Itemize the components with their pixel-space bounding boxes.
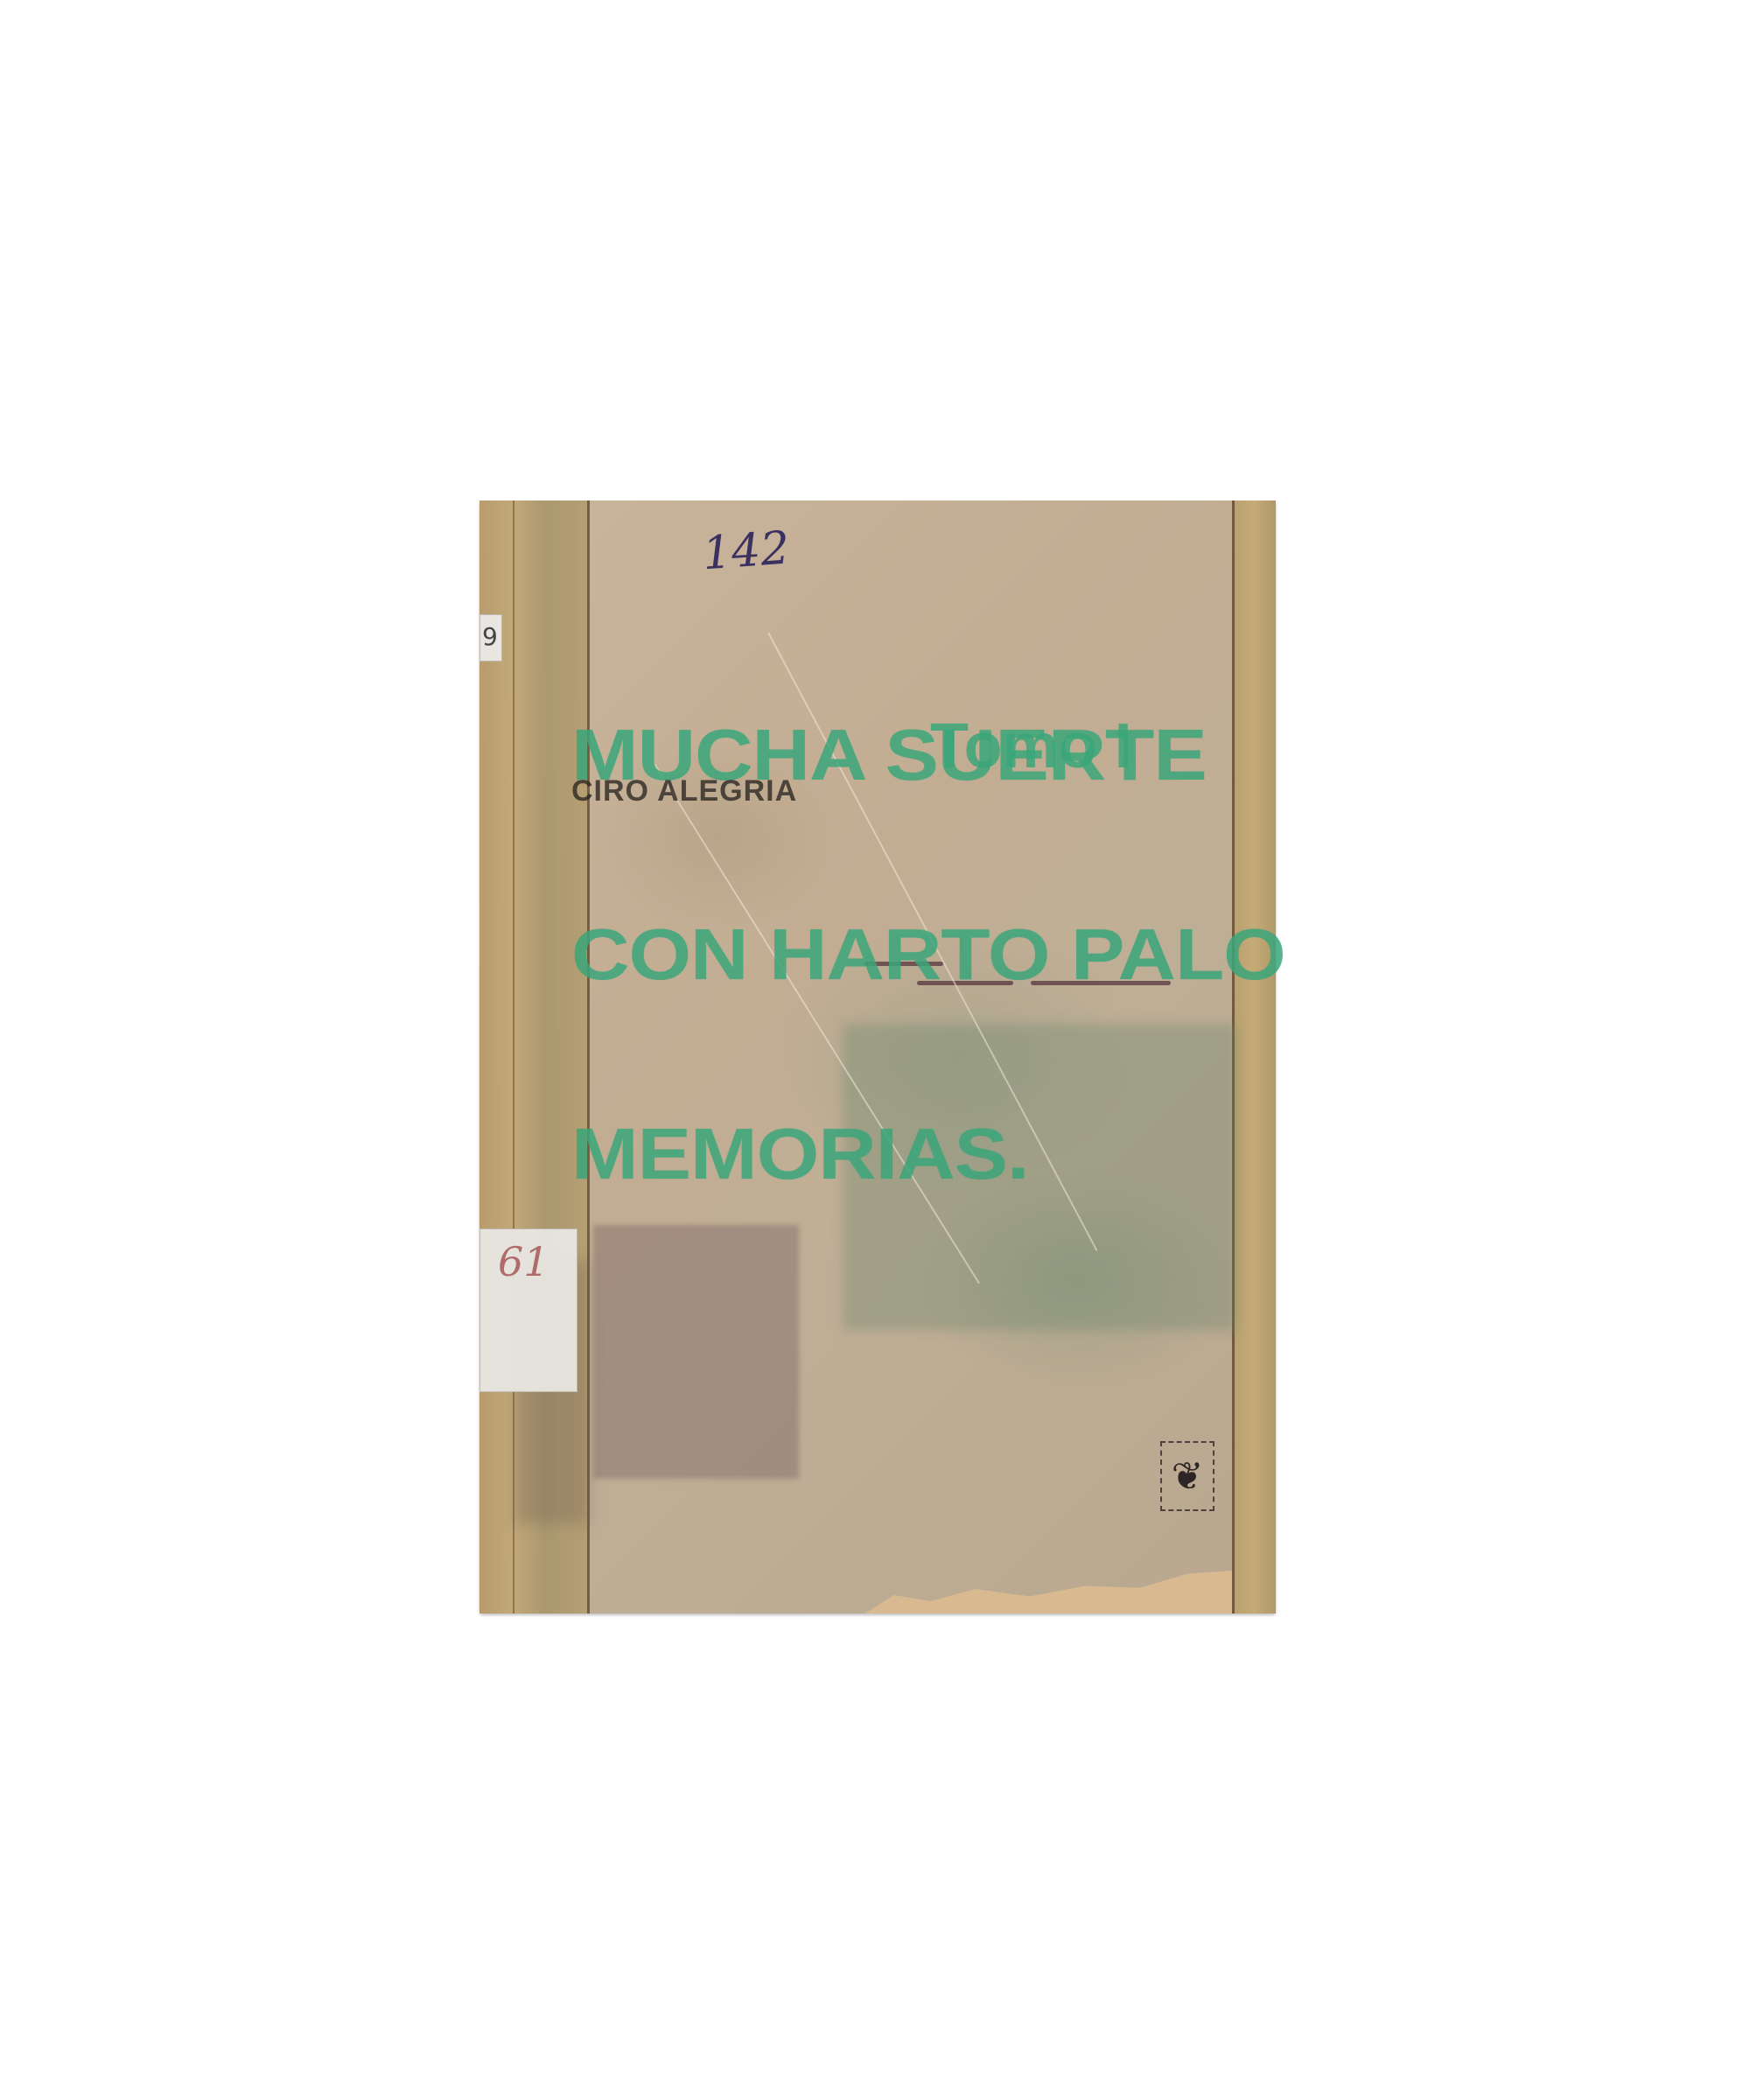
book-cover: 142 MUCHA SUERTE CON HARTO PALO MEMORIAS… <box>479 500 1276 1613</box>
spine-label-bottom: 61 <box>479 1228 577 1392</box>
book-title: MUCHA SUERTE CON HARTO PALO MEMORIAS. <box>571 592 1285 1324</box>
spine-label-top-text: 9 <box>482 622 498 651</box>
handwritten-number: 142 <box>701 522 791 581</box>
title-line-3: MEMORIAS. <box>571 1124 1285 1184</box>
title-line-2: CON HARTO PALO <box>571 925 1285 984</box>
author-name: CIRO ALEGRIA <box>571 774 797 808</box>
volume-label: Tomo I <box>930 710 1132 782</box>
publisher-emblem-icon: ❦ <box>1160 1441 1214 1511</box>
torn-corner <box>864 1552 1232 1613</box>
spine-label-bottom-text: 61 <box>498 1238 549 1285</box>
spine-label-top: 9 <box>479 614 502 661</box>
